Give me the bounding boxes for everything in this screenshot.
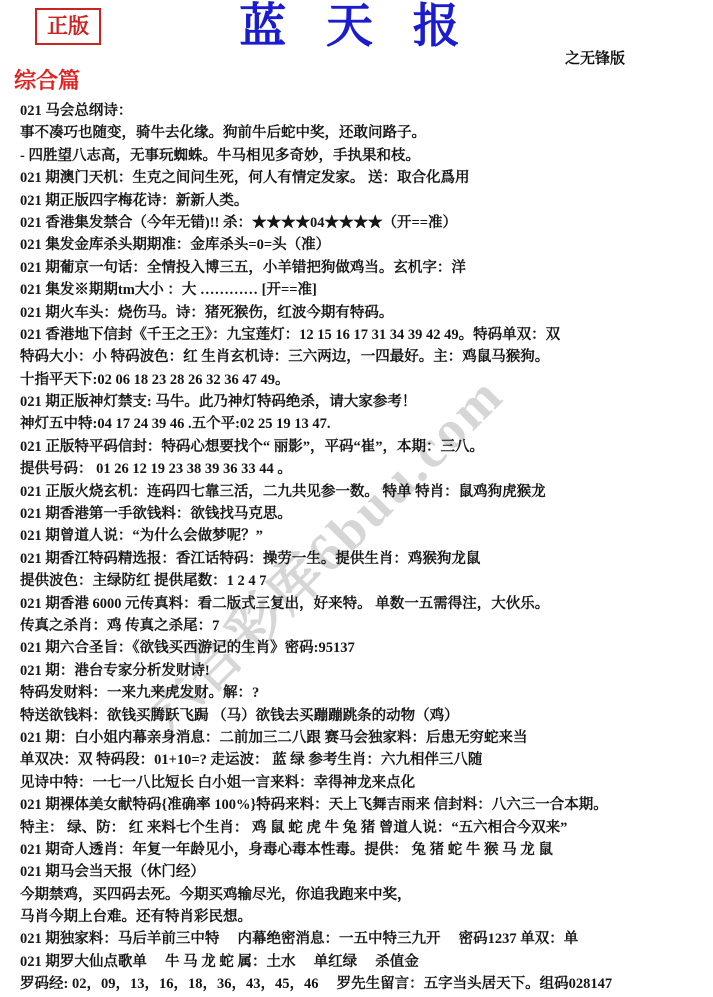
content-lines: 021 马会总纲诗： 事不凑巧也随变，骑牛去化缘。狗前牛后蛇中奖，还敢问路子。 … [20,100,709,996]
text-line: 021 期：白小姐内幕亲身消息：二前加三二八跟 赛马会独家料：后患无穷蛇来当 [20,727,709,749]
text-line: 021 期香港第一手欲钱料：欲钱找马克思。 [20,503,709,525]
text-line: 021 期独家料：马后羊前三中特 内幕绝密消息：一五中特三九开 密码1237 单… [20,928,709,950]
text-line: 021 期火车头：烧伤马。诗：猪死猴伤，红波今期有特码。 [20,302,709,324]
text-line: 见诗中特：一七一八比短长 白小姐一言来料：幸得神龙来点化 [20,772,709,794]
text-line: 021 正版特平码信封：特码心想要找个“ 丽影”，平码“崔”，本期：三八。 [20,436,709,458]
text-line: 单双决：双 特码段：01+10=? 走运波： 蓝 绿 参考生肖：六九相伴三八随 [20,749,709,771]
text-line: 021 马会总纲诗： [20,100,709,122]
text-line: 021 集发金库杀头期期准：金库杀头=0=头（准） [20,234,709,256]
text-line: 021 期香港 6000 元传真料：看二版式三复出，好来特。 单数一五需得注，大… [20,593,709,615]
text-line: 罗码经: 02，09，13，16，18，36，43，45，46 罗先生留言：五字… [20,973,709,995]
text-line: 传真之杀肖：鸡 传真之杀尾：7 [20,615,709,637]
text-line: 021 期正版神灯禁支: 马牛。此乃神灯特码绝杀，请大家参考！ [20,391,709,413]
text-line: 021 集发※期期tm大小 ：大 ………… [开==准] [20,279,709,301]
text-line: 特码大小：小 特码波色：红 生肖玄机诗：三六两边，一四最好。主：鸡鼠马猴狗。 [20,346,709,368]
text-line: 021 期罗大仙点歌单 牛 马 龙 蛇 属：土水 单红绿 杀值金 [20,951,709,973]
text-line: 马肖今期上台难。还有特肖彩民想。 [20,906,709,928]
text-line: 021 期奇人透肖：年复一年龄见小，身毒心毒本性毒。提供： 兔 猪 蛇 牛 猴 … [20,839,709,861]
text-line: 特主： 绿、防： 红 来料七个生肖： 鸡 鼠 蛇 虎 牛 兔 猪 曾道人说：“五… [20,817,709,839]
text-line: 021 期：港台专家分析发财诗! [20,660,709,682]
text-line: 今期禁鸡，买四码去死。今期买鸡输尽光，你追我跑来中奖， [20,884,709,906]
text-line: 事不凑巧也随变，骑牛去化缘。狗前牛后蛇中奖，还敢问路子。 [20,122,709,144]
text-line: 十指平天下:02 06 18 23 28 26 32 36 47 49。 [20,369,709,391]
edition-label: 之无锋版 [565,47,625,68]
text-line: 021 期正版四字梅花诗：新新人类。 [20,190,709,212]
text-line: 021 期葡京一句话：全情投入博三五，小羊错把狗做鸡当。玄机字：洋 [20,257,709,279]
text-line: 021 香港集发禁合（今年无错)!! 杀：★★★★04★★★★（开==准） [20,212,709,234]
text-line: 021 期澳门天机：生克之间问生死，何人有情定发家。 送：取合化爲用 [20,167,709,189]
text-line: 021 香港地下信封《千王之王》：九宝莲灯：12 15 16 17 31 34 … [20,324,709,346]
text-line: 提供号码： 01 26 12 19 23 38 39 36 33 44 。 [20,458,709,480]
text-line: 021 期曾道人说：“为什么会做梦呢？” [20,525,709,547]
text-line: 特码发财料：一来九来虎发财。解：? [20,682,709,704]
text-line: 021 正版火烧玄机：连码四七靠三活，二九共见参一数。 特单 特肖：鼠鸡狗虎猴龙 [20,481,709,503]
text-line: 特送欲钱料：欲钱买腾跃飞跼 （马）欲钱去买蹦蹦跳条的动物（鸡） [20,705,709,727]
text-line: 021 期马会当天报（休门经） [20,861,709,883]
newspaper-page: 正版 蓝 天 报 之无锋版 综合篇 六合彩库6buu.com 021 马会总纲诗… [0,0,713,997]
text-line: 神灯五中特:04 17 24 39 46 .五个平:02 25 19 13 47… [20,413,709,435]
text-line: 提供波色：主绿防红 提供尾数：1 2 4 7 [20,570,709,592]
text-line: 021 期六合圣旨：《欲钱买西游记的生肖》密码:95137 [20,637,709,659]
text-line: 021 期裸体美女献特码{准确率 100%}特码来料：天上飞舞吉雨来 信封料：八… [20,794,709,816]
text-line: 021 期香江特码精选报：香江话特码：操劳一生。提供生肖：鸡猴狗龙鼠 [20,548,709,570]
page-title: 蓝 天 报 [0,0,713,54]
section-heading: 综合篇 [14,64,80,95]
text-line: - 四胜望八志高，无事玩蜘蛛。牛马相见多奇妙，手执果和枝。 [20,145,709,167]
